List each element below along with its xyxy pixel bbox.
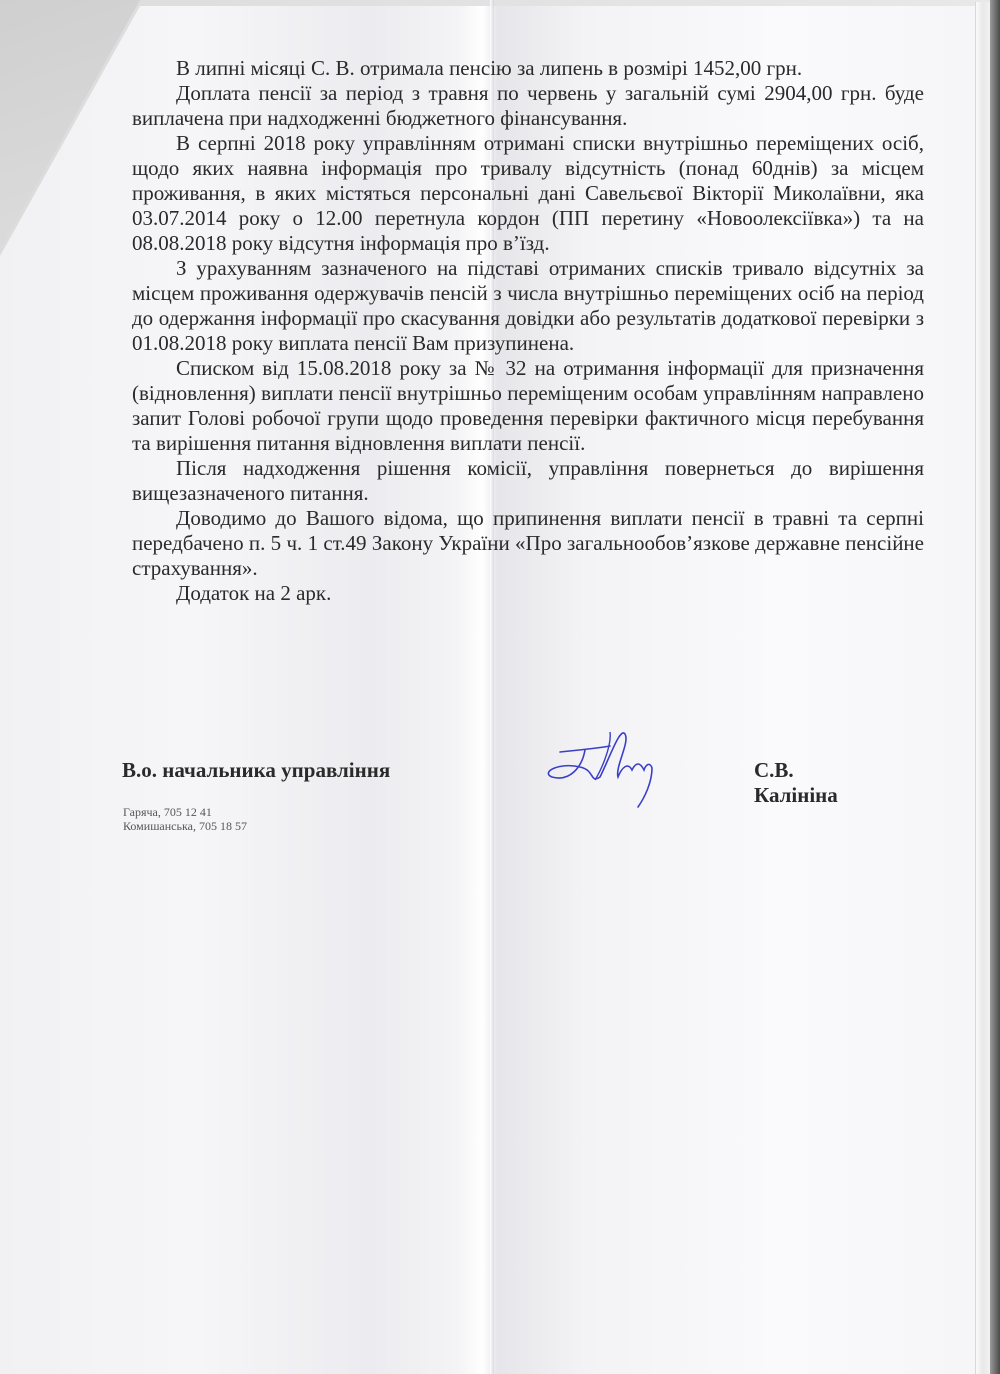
page-stack-edge: [975, 2, 990, 1374]
paragraph-suspension: З урахуванням зазначеного на підставі от…: [132, 256, 924, 356]
scanner-edge: [990, 0, 1000, 1374]
signature-block: В.о. начальника управління С.В. Калініна: [122, 752, 882, 792]
paragraph-surcharge: Доплата пенсії за період з травня по чер…: [132, 81, 924, 131]
handwritten-signature-icon: [540, 722, 670, 812]
contact-komyshanska: Комишанська, 705 18 57: [123, 819, 247, 833]
paragraph-legal-basis: Доводимо до Вашого відома, що припинення…: [132, 506, 924, 581]
signatory-title: В.о. начальника управління: [122, 758, 390, 783]
paragraph-july-pension: В липні місяці С. В. отримала пенсію за …: [132, 56, 924, 81]
signatory-name: С.В. Калініна: [754, 758, 882, 808]
contact-lines: Гаряча, 705 12 41 Комишанська, 705 18 57: [123, 805, 247, 833]
letter-body: В липні місяці С. В. отримала пенсію за …: [132, 56, 924, 606]
paragraph-displaced-lists: В серпні 2018 року управлінням отримані …: [132, 131, 924, 256]
attachment-note: Додаток на 2 арк.: [132, 581, 924, 606]
paragraph-commission: Після надходження рішення комісії, управ…: [132, 456, 924, 506]
contact-hotline: Гаряча, 705 12 41: [123, 805, 247, 819]
paragraph-request: Списком від 15.08.2018 року за № 32 на о…: [132, 356, 924, 456]
